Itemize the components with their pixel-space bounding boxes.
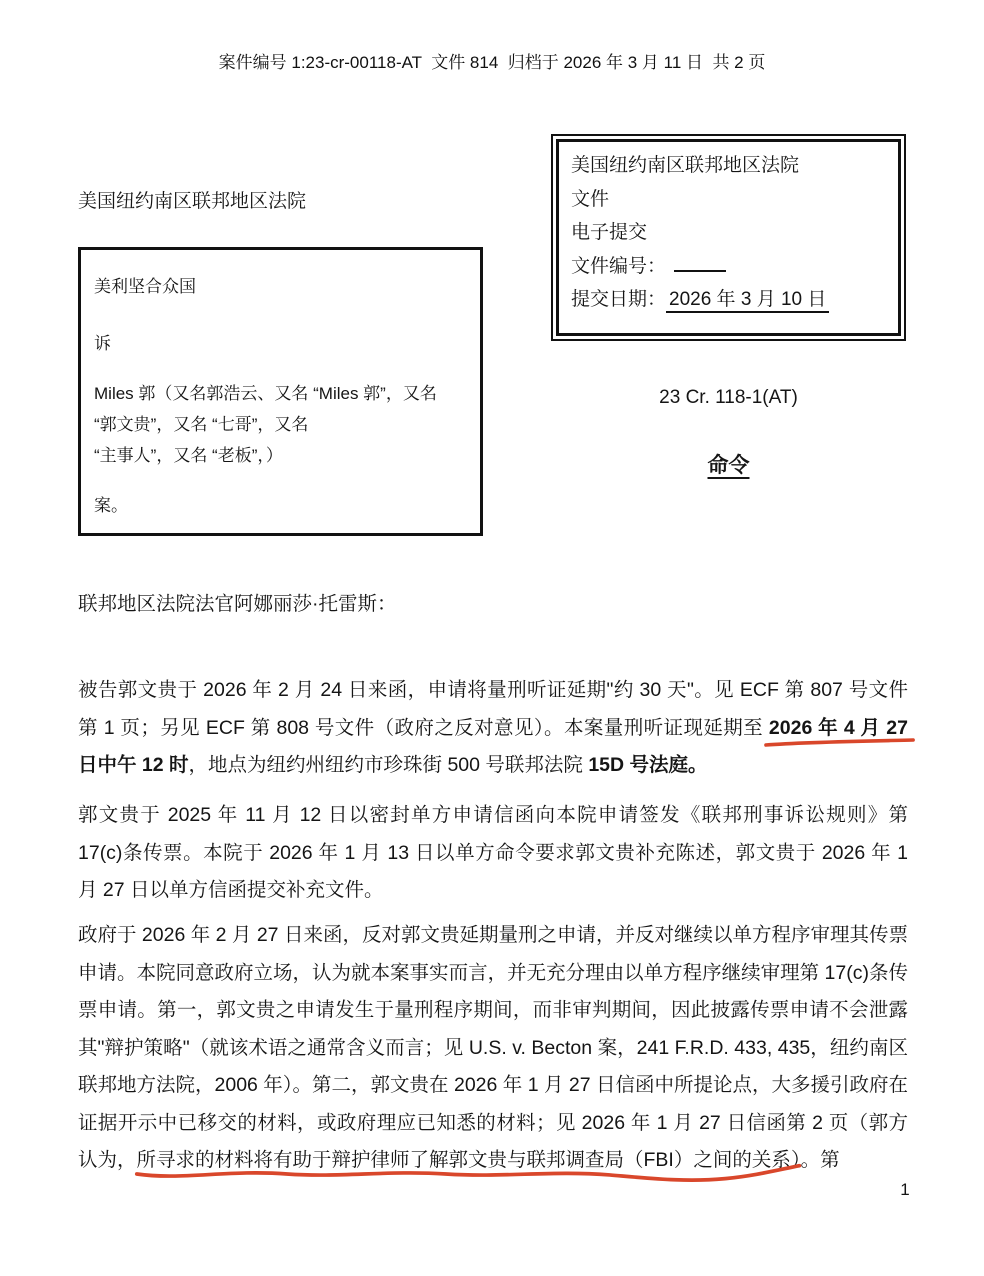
court-order-document-page: 案件编号 1:23-cr-00118-AT 文件 814 归档于 2026 年 … <box>0 0 984 1276</box>
new-hearing-date-highlighted: 2026 年 4 月 27 <box>769 717 908 739</box>
ecf-stamp-box-inner: 美国纽约南区联邦地区法院 文件 电子提交 文件编号： 提交日期：2026 年 3… <box>556 139 901 336</box>
caption-defendant-line: Miles 郭（又名郭浩云、又名 “Miles 郭”，又名 <box>94 378 470 409</box>
paragraph-subpoena-history: 郭文贵于 2025 年 11 月 12 日以密封单方申请信函向本院申请签发《联邦… <box>78 797 908 910</box>
caption-defendant-line: “主事人”，又名 “老板”，） <box>94 440 470 471</box>
paragraph-sentencing-adjournment: 被告郭文贵于 2026 年 2 月 24 日来函，申请将量刑听证延期"约 30 … <box>78 672 908 785</box>
caption-defendant-line: “郭文贵”，又名 “七哥”，又名 <box>94 409 470 440</box>
case-number: 23 Cr. 118-1(AT) <box>551 387 906 409</box>
caption-defendant: Miles 郭（又名郭浩云、又名 “Miles 郭”，又名 “郭文贵”，又名 “… <box>94 378 470 471</box>
stamp-filed-date-row: 提交日期：2026 年 3 月 10 日 <box>571 283 886 317</box>
stamp-court-name: 美国纽约南区联邦地区法院 <box>571 149 886 183</box>
ecf-stamp-box: 美国纽约南区联邦地区法院 文件 电子提交 文件编号： 提交日期：2026 年 3… <box>551 134 906 341</box>
stamp-document-word: 文件 <box>571 183 886 217</box>
fbi-relationship-highlighted: 所寻求的材料将有助于辩护律师了解郭文贵与联邦调查局（FBI）之间的关系） <box>137 1149 801 1171</box>
paragraph-text: 。第 <box>801 1149 840 1171</box>
paragraph-text: ，地点为纽约州纽约市珍珠街 500 号联邦法院 <box>189 754 589 776</box>
paragraph-text: 政府于 2026 年 2 月 27 日来函，反对郭文贵延期量刑之申请，并反对继续… <box>78 924 908 1171</box>
caption-case-suffix: 案。 <box>94 491 470 516</box>
case-caption-box: 美利坚合众国 诉 Miles 郭（又名郭浩云、又名 “Miles 郭”，又名 “… <box>78 247 483 536</box>
court-name: 美国纽约南区联邦地区法院 <box>78 186 306 213</box>
doc-number-blank-line <box>674 256 726 272</box>
stamp-doc-number-row: 文件编号： <box>571 250 886 284</box>
new-hearing-date-text: 2026 年 4 月 27 <box>769 717 908 739</box>
ecf-header-line: 案件编号 1:23-cr-00118-AT 文件 814 归档于 2026 年 … <box>0 48 984 73</box>
stamp-filing-method: 电子提交 <box>571 216 886 250</box>
order-title: 命令 <box>551 449 906 479</box>
page-number: 1 <box>880 1180 930 1200</box>
caption-plaintiff: 美利坚合众国 <box>94 272 470 297</box>
judge-salutation: 联邦地区法院法官阿娜丽莎·托雷斯： <box>78 588 397 616</box>
fbi-relationship-text: 所寻求的材料将有助于辩护律师了解郭文贵与联邦调查局（FBI）之间的关系） <box>137 1149 801 1171</box>
caption-versus: 诉 <box>94 329 470 354</box>
stamp-doc-number-label: 文件编号： <box>571 256 666 277</box>
hearing-time-bold: 日中午 12 时 <box>78 754 189 776</box>
paragraph-government-opposition: 政府于 2026 年 2 月 27 日来函，反对郭文贵延期量刑之申请，并反对继续… <box>78 917 908 1180</box>
stamp-filed-date-value: 2026 年 3 月 10 日 <box>666 289 829 313</box>
stamp-filed-date-label: 提交日期： <box>571 289 666 310</box>
courtroom-bold: 15D 号法庭。 <box>588 754 707 776</box>
